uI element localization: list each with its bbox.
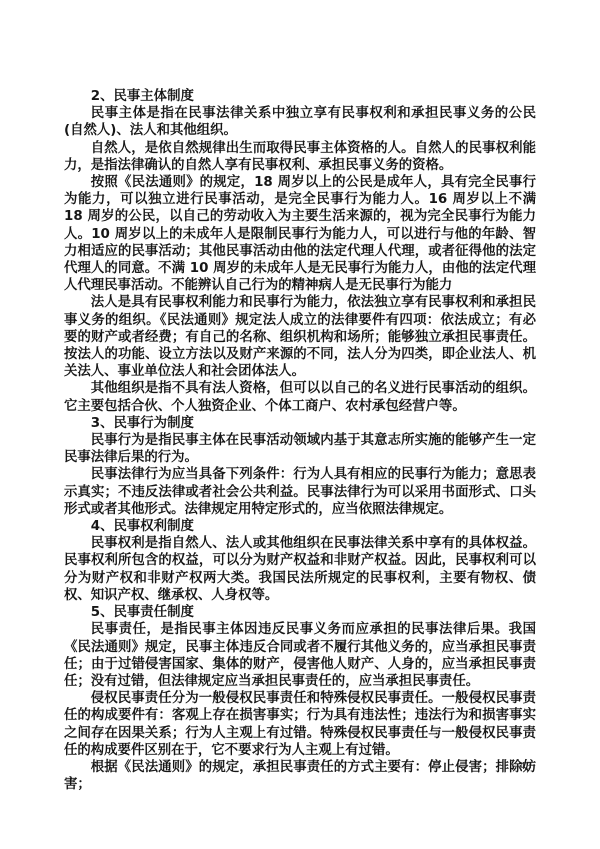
text-block: 2、民事主体制度 民事主体是指在民事法律关系中独立享有民事权利和承担民事义务的公… bbox=[64, 88, 536, 793]
section-heading-civil-rights: 4、民事权利制度 bbox=[64, 518, 536, 535]
paragraph: 侵权民事责任分为一般侵权民事责任和特殊侵权民事责任。一般侵权民事责任的构成要件有… bbox=[64, 690, 536, 759]
paragraph: 民事权利是指自然人、法人或其他组织在民事法律关系中享有的具体权益。民事权利所包含… bbox=[64, 535, 536, 604]
page-number: 43 bbox=[514, 760, 538, 772]
paragraph: 民事行为是指民事主体在民事活动领域内基于其意志所实施的能够产生一定民事法律后果的… bbox=[64, 432, 536, 466]
paragraph: 民事法律行为应当具备下列条件：行为人具有相应的民事行为能力；意思表示真实；不违反… bbox=[64, 466, 536, 518]
paragraph: 按照《民法通则》的规定，18 周岁以上的公民是成年人，具有完全民事行为能力，可以… bbox=[64, 174, 536, 294]
paragraph: 民事责任，是指民事主体因违反民事义务而应承担的民事法律后果。我国《民法通则》规定… bbox=[64, 621, 536, 690]
paragraph: 根据《民法通则》的规定，承担民事责任的方式主要有：停止侵害；排除妨害； bbox=[64, 759, 536, 793]
paragraph: 自然人，是依自然规律出生而取得民事主体资格的人。自然人的民事权利能力，是指法律确… bbox=[64, 140, 536, 174]
section-heading-civil-act: 3、民事行为制度 bbox=[64, 415, 536, 432]
paragraph: 民事主体是指在民事法律关系中独立享有民事权利和承担民事义务的公民(自然人)、法人… bbox=[64, 105, 536, 139]
scanned-document-page: 2、民事主体制度 民事主体是指在民事法律关系中独立享有民事权利和承担民事义务的公… bbox=[0, 0, 600, 849]
paragraph: 法人是具有民事权利能力和民事行为能力，依法独立享有民事权利和承担民事义务的组织。… bbox=[64, 294, 536, 380]
paragraph: 其他组织是指不具有法人资格，但可以以自己的名义进行民事活动的组织。它主要包括合伙… bbox=[64, 380, 536, 414]
section-heading-civil-liability: 5、民事责任制度 bbox=[64, 604, 536, 621]
section-heading-civil-subject: 2、民事主体制度 bbox=[64, 88, 536, 105]
